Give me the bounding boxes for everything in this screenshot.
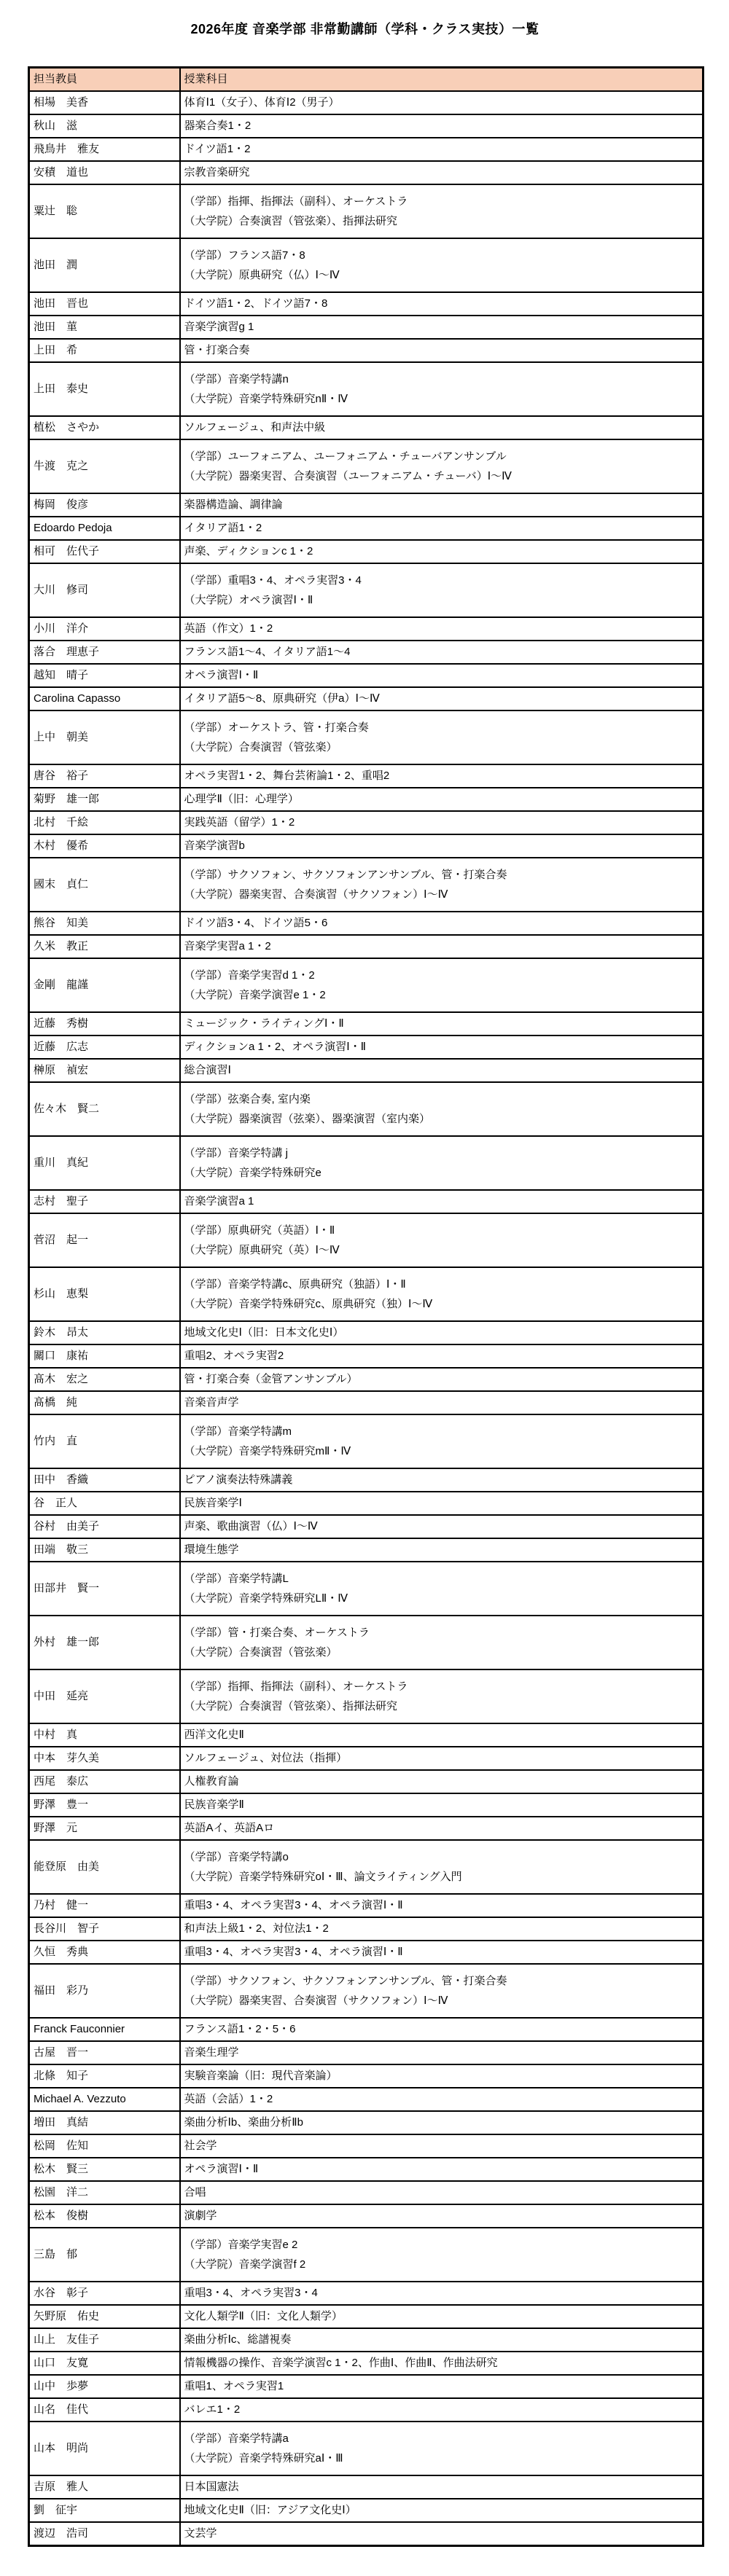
course-line: 心理学Ⅱ（旧：心理学） <box>184 790 699 809</box>
course-line: オペラ演習Ⅰ・Ⅱ <box>184 2160 699 2179</box>
course-line: 民族音楽学Ⅱ <box>184 1796 699 1814</box>
instructor-name-cell: 野澤 豊一 <box>29 1793 180 1817</box>
table-row: 谷村 由美子声楽、歌曲演習（仏）Ⅰ～Ⅳ <box>29 1515 703 1538</box>
instructor-name-cell: 田端 敬三 <box>29 1538 180 1562</box>
course-line: ドイツ語1・2、ドイツ語7・8 <box>184 294 699 313</box>
subjects-cell: 音楽音声学 <box>180 1391 703 1414</box>
header-subjects: 授業科目 <box>180 68 703 92</box>
header-instructor: 担当教員 <box>29 68 180 92</box>
subjects-cell: 音楽学演習a 1 <box>180 1190 703 1213</box>
course-line: （学部）サクソフォン、サクソフォンアンサンブル、管・打楽合奏 <box>184 1974 699 1989</box>
instructor-name-cell: 相場 美香 <box>29 91 180 114</box>
instructor-name-cell: 髙橋 純 <box>29 1391 180 1414</box>
table-row: 金剛 龍謹（学部）音楽学実習d 1・2（大学院）音楽学演習e 1・2 <box>29 958 703 1012</box>
subjects-cell: 管・打楽合奏（金管アンサンブル） <box>180 1368 703 1391</box>
subjects-cell: 文化人類学Ⅱ（旧：文化人類学） <box>180 2305 703 2328</box>
instructor-name-cell: Carolina Capasso <box>29 687 180 710</box>
instructor-name-cell: 志村 聖子 <box>29 1190 180 1213</box>
instructor-name-cell: 田部井 賢一 <box>29 1562 180 1616</box>
table-row: 中田 延亮（学部）指揮、指揮法（副科）、オーケストラ（大学院）合奏演習（管弦楽）… <box>29 1669 703 1723</box>
instructor-name-cell: 松岡 佐知 <box>29 2134 180 2158</box>
subjects-cell: フランス語1～4、イタリア語1～4 <box>180 641 703 664</box>
course-line: 音楽学演習a 1 <box>184 1192 699 1211</box>
course-line: （学部）ユーフォニアム、ユーフォニアム・チューバアンサンブル <box>184 450 699 464</box>
instructor-name-cell: 古屋 晋一 <box>29 2041 180 2064</box>
table-row: 田中 香織ピアノ演奏法特殊講義 <box>29 1468 703 1492</box>
faculty-table-body: 相場 美香体育Ⅰ1（女子）、体育Ⅰ2（男子）秋山 滋器楽合奏1・2飛鳥井 雅友ド… <box>29 91 703 2546</box>
instructor-name-cell: 小川 洋介 <box>29 617 180 641</box>
table-row: 能登原 由美（学部）音楽学特講o（大学院）音楽学特殊研究oⅠ・Ⅲ、論文ライティン… <box>29 1840 703 1894</box>
instructor-name-cell: 上中 朝美 <box>29 710 180 764</box>
course-line: 音楽学実習a 1・2 <box>184 937 699 956</box>
course-line: 楽曲分析Ⅰc、総譜視奏 <box>184 2330 699 2349</box>
course-line: （学部）管・打楽合奏、オーケストラ <box>184 1626 699 1640</box>
subjects-cell: バレエ1・2 <box>180 2398 703 2422</box>
table-row: 竹内 直（学部）音楽学特講m（大学院）音楽学特殊研究mⅡ・Ⅳ <box>29 1414 703 1468</box>
table-row: 久米 教正音楽学実習a 1・2 <box>29 935 703 958</box>
table-row: 越知 晴子オペラ演習Ⅰ・Ⅱ <box>29 664 703 687</box>
instructor-name-cell: 長谷川 智子 <box>29 1917 180 1941</box>
table-row: 秋山 滋器楽合奏1・2 <box>29 114 703 138</box>
subjects-cell: 和声法上級1・2、対位法1・2 <box>180 1917 703 1941</box>
subjects-cell: 重唱1、オペラ実習1 <box>180 2375 703 2398</box>
course-line: （学部）サクソフォン、サクソフォンアンサンブル、管・打楽合奏 <box>184 868 699 882</box>
table-row: 木村 優希音楽学演習b <box>29 834 703 858</box>
instructor-name-cell: Franck Fauconnier <box>29 2018 180 2041</box>
subjects-cell: 地域文化史Ⅱ（旧：アジア文化史Ⅰ） <box>180 2499 703 2522</box>
subjects-cell: （学部）音楽学特講 j（大学院）音楽学特殊研究e <box>180 1136 703 1190</box>
subjects-cell: （学部）オーケストラ、管・打楽合奏（大学院）合奏演習（管弦楽） <box>180 710 703 764</box>
course-line: （大学院）音楽学演習f 2 <box>184 2258 699 2272</box>
subjects-cell: 情報機器の操作、音楽学演習c 1・2、作曲Ⅰ、作曲Ⅱ、作曲法研究 <box>180 2352 703 2375</box>
instructor-name-cell: 秋山 滋 <box>29 114 180 138</box>
course-line: ドイツ語1・2 <box>184 140 699 159</box>
table-row: 池田 菫音楽学演習g 1 <box>29 316 703 339</box>
instructor-name-cell: 梅岡 俊彦 <box>29 493 180 517</box>
table-row: 國末 貞仁（学部）サクソフォン、サクソフォンアンサンブル、管・打楽合奏（大学院）… <box>29 858 703 912</box>
course-line: （大学院）音楽学演習e 1・2 <box>184 988 699 1003</box>
table-row: 西尾 泰広人権教育論 <box>29 1770 703 1793</box>
instructor-name-cell: 吉原 雅人 <box>29 2475 180 2499</box>
header-row: 担当教員 授業科目 <box>29 68 703 92</box>
subjects-cell: （学部）原典研究（英語）Ⅰ・Ⅱ（大学院）原典研究（英）Ⅰ～Ⅳ <box>180 1213 703 1267</box>
table-row: 増田 真結楽曲分析Ⅰb、楽曲分析Ⅱb <box>29 2111 703 2134</box>
instructor-name-cell: 髙木 宏之 <box>29 1368 180 1391</box>
course-line: 楽曲分析Ⅰb、楽曲分析Ⅱb <box>184 2113 699 2132</box>
instructor-name-cell: 池田 潤 <box>29 238 180 292</box>
subjects-cell: 楽曲分析Ⅰb、楽曲分析Ⅱb <box>180 2111 703 2134</box>
course-line: 人権教育論 <box>184 1772 699 1791</box>
subjects-cell: 英語Aイ、英語Aロ <box>180 1817 703 1840</box>
instructor-name-cell: 相可 佐代子 <box>29 540 180 563</box>
course-line: 重唱3・4、オペラ実習3・4、オペラ演習Ⅰ・Ⅱ <box>184 1943 699 1962</box>
table-row: 福田 彩乃（学部）サクソフォン、サクソフォンアンサンブル、管・打楽合奏（大学院）… <box>29 1964 703 2018</box>
instructor-name-cell: 熊谷 知美 <box>29 912 180 935</box>
table-row: 中村 真西洋文化史Ⅱ <box>29 1723 703 1747</box>
subjects-cell: 実践英語（留学）1・2 <box>180 811 703 834</box>
instructor-name-cell: 外村 雄一郎 <box>29 1616 180 1669</box>
course-line: 重唱1、オペラ実習1 <box>184 2377 699 2396</box>
course-line: 器楽合奏1・2 <box>184 117 699 136</box>
subjects-cell: 楽曲分析Ⅰc、総譜視奏 <box>180 2328 703 2352</box>
instructor-name-cell: 山上 友佳子 <box>29 2328 180 2352</box>
subjects-cell: 社会学 <box>180 2134 703 2158</box>
instructor-name-cell: Edoardo Pedoja <box>29 517 180 540</box>
instructor-name-cell: 北村 千絵 <box>29 811 180 834</box>
subjects-cell: 文芸学 <box>180 2522 703 2546</box>
course-line: 管・打楽合奏 <box>184 341 699 360</box>
course-line: フランス語1～4、イタリア語1～4 <box>184 643 699 662</box>
subjects-cell: ドイツ語3・4、ドイツ語5・6 <box>180 912 703 935</box>
course-line: 楽器構造論、調律論 <box>184 496 699 514</box>
instructor-name-cell: 菅沼 起一 <box>29 1213 180 1267</box>
course-line: （大学院）合奏演習（管弦楽） <box>184 1645 699 1660</box>
course-line: （学部）音楽学特講c、原典研究（独語）Ⅰ・Ⅱ <box>184 1277 699 1292</box>
subjects-cell: オペラ演習Ⅰ・Ⅱ <box>180 664 703 687</box>
table-row: 松本 俊樹演劇学 <box>29 2204 703 2228</box>
course-line: （大学院）合奏演習（管弦楽）、指揮法研究 <box>184 1699 699 1714</box>
table-row: 池田 晋也ドイツ語1・2、ドイツ語7・8 <box>29 292 703 316</box>
instructor-name-cell: 渡辺 浩司 <box>29 2522 180 2546</box>
course-line: 合唱 <box>184 2183 699 2202</box>
table-row: 乃村 健一重唱3・4、オペラ実習3・4、オペラ演習Ⅰ・Ⅱ <box>29 1894 703 1917</box>
instructor-name-cell: 中田 延亮 <box>29 1669 180 1723</box>
course-line: （学部）指揮、指揮法（副科）、オーケストラ <box>184 195 699 209</box>
course-line: 英語（会話）1・2 <box>184 2090 699 2109</box>
course-line: ディクションa 1・2、オペラ演習Ⅰ・Ⅱ <box>184 1038 699 1057</box>
course-line: オペラ実習1・2、舞台芸術論1・2、重唱2 <box>184 767 699 786</box>
course-line: （学部）原典研究（英語）Ⅰ・Ⅱ <box>184 1224 699 1238</box>
table-row: 野澤 元英語Aイ、英語Aロ <box>29 1817 703 1840</box>
course-line: （学部）音楽学特講n <box>184 372 699 387</box>
instructor-name-cell: 重川 真紀 <box>29 1136 180 1190</box>
table-row: 榊原 禎宏総合演習Ⅰ <box>29 1059 703 1082</box>
course-line: （学部）音楽学特講o <box>184 1850 699 1865</box>
subjects-cell: （学部）指揮、指揮法（副科）、オーケストラ（大学院）合奏演習（管弦楽）、指揮法研… <box>180 184 703 238</box>
subjects-cell: 民族音楽学Ⅰ <box>180 1492 703 1515</box>
subjects-cell: ミュージック・ライティングⅠ・Ⅱ <box>180 1012 703 1036</box>
table-row: 相可 佐代子声楽、ディクションc 1・2 <box>29 540 703 563</box>
table-row: 髙橋 純音楽音声学 <box>29 1391 703 1414</box>
instructor-name-cell: 鈴木 昂太 <box>29 1321 180 1344</box>
instructor-name-cell: 福田 彩乃 <box>29 1964 180 2018</box>
subjects-cell: 音楽学演習g 1 <box>180 316 703 339</box>
course-line: （大学院）合奏演習（管弦楽） <box>184 740 699 755</box>
subjects-cell: （学部）音楽学特講n（大学院）音楽学特殊研究nⅡ・Ⅳ <box>180 362 703 416</box>
instructor-name-cell: 池田 晋也 <box>29 292 180 316</box>
course-line: 声楽、歌曲演習（仏）Ⅰ～Ⅳ <box>184 1517 699 1536</box>
course-line: 音楽学演習g 1 <box>184 318 699 337</box>
table-row: 小川 洋介英語（作文）1・2 <box>29 617 703 641</box>
course-line: バレエ1・2 <box>184 2400 699 2419</box>
instructor-name-cell: 近藤 秀樹 <box>29 1012 180 1036</box>
course-line: （学部）弦楽合奏, 室内楽 <box>184 1092 699 1107</box>
table-row: 山口 友寛情報機器の操作、音楽学演習c 1・2、作曲Ⅰ、作曲Ⅱ、作曲法研究 <box>29 2352 703 2375</box>
subjects-cell: イタリア語1・2 <box>180 517 703 540</box>
course-line: オペラ演習Ⅰ・Ⅱ <box>184 666 699 685</box>
table-row: 山名 佳代バレエ1・2 <box>29 2398 703 2422</box>
instructor-name-cell: 落合 理恵子 <box>29 641 180 664</box>
instructor-name-cell: 野澤 元 <box>29 1817 180 1840</box>
table-row: 吉原 雅人日本国憲法 <box>29 2475 703 2499</box>
subjects-cell: 体育Ⅰ1（女子）、体育Ⅰ2（男子） <box>180 91 703 114</box>
table-row: 谷 正人民族音楽学Ⅰ <box>29 1492 703 1515</box>
table-row: 古屋 晋一音楽生理学 <box>29 2041 703 2064</box>
subjects-cell: （学部）重唱3・4、オペラ実習3・4（大学院）オペラ演習Ⅰ・Ⅱ <box>180 563 703 617</box>
instructor-name-cell: 能登原 由美 <box>29 1840 180 1894</box>
course-line: ソルフェージュ、和声法中級 <box>184 418 699 437</box>
instructor-name-cell: 山中 歩夢 <box>29 2375 180 2398</box>
course-line: 英語Aイ、英語Aロ <box>184 1819 699 1838</box>
table-row: 野澤 豊一民族音楽学Ⅱ <box>29 1793 703 1817</box>
course-line: （学部）音楽学特講m <box>184 1425 699 1439</box>
subjects-cell: 総合演習Ⅰ <box>180 1059 703 1082</box>
course-line: （大学院）音楽学特殊研究aⅠ・Ⅲ <box>184 2451 699 2466</box>
subjects-cell: 重唱3・4、オペラ実習3・4、オペラ演習Ⅰ・Ⅱ <box>180 1894 703 1917</box>
course-line: （学部）音楽学実習d 1・2 <box>184 968 699 983</box>
table-row: 久恒 秀典重唱3・4、オペラ実習3・4、オペラ演習Ⅰ・Ⅱ <box>29 1941 703 1964</box>
course-line: 重唱3・4、オペラ実習3・4、オペラ演習Ⅰ・Ⅱ <box>184 1896 699 1915</box>
instructor-name-cell: 菊野 雄一郎 <box>29 788 180 811</box>
subjects-cell: 器楽合奏1・2 <box>180 114 703 138</box>
subjects-cell: （学部）指揮、指揮法（副科）、オーケストラ（大学院）合奏演習（管弦楽）、指揮法研… <box>180 1669 703 1723</box>
course-line: （大学院）器楽実習、合奏演習（サクソフォン）Ⅰ～Ⅳ <box>184 1994 699 2008</box>
course-line: 地域文化史Ⅱ（旧：アジア文化史Ⅰ） <box>184 2501 699 2520</box>
table-row: 菅沼 起一（学部）原典研究（英語）Ⅰ・Ⅱ（大学院）原典研究（英）Ⅰ～Ⅳ <box>29 1213 703 1267</box>
table-row: 渡辺 浩司文芸学 <box>29 2522 703 2546</box>
table-row: 山中 歩夢重唱1、オペラ実習1 <box>29 2375 703 2398</box>
course-line: 管・打楽合奏（金管アンサンブル） <box>184 1370 699 1389</box>
table-row: 松園 洋二合唱 <box>29 2181 703 2204</box>
instructor-name-cell: 榊原 禎宏 <box>29 1059 180 1082</box>
subjects-cell: 心理学Ⅱ（旧：心理学） <box>180 788 703 811</box>
subjects-cell: 日本国憲法 <box>180 2475 703 2499</box>
subjects-cell: 音楽学演習b <box>180 834 703 858</box>
instructor-name-cell: 田中 香織 <box>29 1468 180 1492</box>
instructor-name-cell: 谷 正人 <box>29 1492 180 1515</box>
subjects-cell: 演劇学 <box>180 2204 703 2228</box>
course-line: 声楽、ディクションc 1・2 <box>184 542 699 561</box>
course-line: （学部）指揮、指揮法（副科）、オーケストラ <box>184 1680 699 1694</box>
subjects-cell: （学部）ユーフォニアム、ユーフォニアム・チューバアンサンブル（大学院）器楽実習、… <box>180 439 703 493</box>
course-line: （大学院）原典研究（英）Ⅰ～Ⅳ <box>184 1243 699 1258</box>
subjects-cell: 重唱3・4、オペラ実習3・4 <box>180 2282 703 2305</box>
course-line: （大学院）器楽実習、合奏演習（サクソフォン）Ⅰ～Ⅳ <box>184 888 699 902</box>
document-page: 2026年度 音楽学部 非常勤講師（学科・クラス実技）一覧 担当教員 授業科目 … <box>0 0 729 2547</box>
instructor-name-cell: 乃村 健一 <box>29 1894 180 1917</box>
table-row: 水谷 彰子重唱3・4、オペラ実習3・4 <box>29 2282 703 2305</box>
subjects-cell: ドイツ語1・2、ドイツ語7・8 <box>180 292 703 316</box>
course-line: 文芸学 <box>184 2524 699 2543</box>
table-row: 鈴木 昂太地域文化史Ⅰ（旧：日本文化史Ⅰ） <box>29 1321 703 1344</box>
instructor-name-cell: 上田 泰史 <box>29 362 180 416</box>
subjects-cell: イタリア語5～8、原典研究（伊a）Ⅰ～Ⅳ <box>180 687 703 710</box>
table-row: 上田 泰史（学部）音楽学特講n（大学院）音楽学特殊研究nⅡ・Ⅳ <box>29 362 703 416</box>
subjects-cell: 管・打楽合奏 <box>180 339 703 362</box>
table-row: Carolina Capassoイタリア語5～8、原典研究（伊a）Ⅰ～Ⅳ <box>29 687 703 710</box>
instructor-name-cell: 谷村 由美子 <box>29 1515 180 1538</box>
table-row: 山本 明尚（学部）音楽学特講a（大学院）音楽学特殊研究aⅠ・Ⅲ <box>29 2422 703 2475</box>
table-row: 近藤 秀樹ミュージック・ライティングⅠ・Ⅱ <box>29 1012 703 1036</box>
course-line: 音楽生理学 <box>184 2043 699 2062</box>
course-line: （大学院）音楽学特殊研究nⅡ・Ⅳ <box>184 392 699 407</box>
subjects-cell: オペラ実習1・2、舞台芸術論1・2、重唱2 <box>180 764 703 788</box>
course-line: （大学院）器楽実習、合奏演習（ユーフォニアム・チューバ）Ⅰ～Ⅳ <box>184 469 699 484</box>
instructor-name-cell: 佐々木 賢二 <box>29 1082 180 1136</box>
table-row: 菊野 雄一郎心理学Ⅱ（旧：心理学） <box>29 788 703 811</box>
instructor-name-cell: 松園 洋二 <box>29 2181 180 2204</box>
subjects-cell: ディクションa 1・2、オペラ演習Ⅰ・Ⅱ <box>180 1036 703 1059</box>
course-line: イタリア語5～8、原典研究（伊a）Ⅰ～Ⅳ <box>184 689 699 708</box>
instructor-name-cell: 木村 優希 <box>29 834 180 858</box>
course-line: 英語（作文）1・2 <box>184 619 699 638</box>
subjects-cell: 宗教音楽研究 <box>180 161 703 184</box>
table-row: 熊谷 知美ドイツ語3・4、ドイツ語5・6 <box>29 912 703 935</box>
table-row: 落合 理恵子フランス語1～4、イタリア語1～4 <box>29 641 703 664</box>
course-line: 音楽学演習b <box>184 837 699 856</box>
course-line: ソルフェージュ、対位法（指揮） <box>184 1749 699 1768</box>
course-line: （学部）音楽学特講L <box>184 1572 699 1586</box>
instructor-name-cell: 飛鳥井 雅友 <box>29 138 180 161</box>
course-line: （大学院）音楽学特殊研究mⅡ・Ⅳ <box>184 1444 699 1459</box>
instructor-name-cell: 劉 征宇 <box>29 2499 180 2522</box>
course-line: （学部）オーケストラ、管・打楽合奏 <box>184 721 699 735</box>
table-row: 植松 さやかソルフェージュ、和声法中級 <box>29 416 703 439</box>
table-row: 牛渡 克之（学部）ユーフォニアム、ユーフォニアム・チューバアンサンブル（大学院）… <box>29 439 703 493</box>
subjects-cell: オペラ演習Ⅰ・Ⅱ <box>180 2158 703 2181</box>
table-row: 上田 希管・打楽合奏 <box>29 339 703 362</box>
course-line: （大学院）器楽演習（弦楽）、器楽演習（室内楽） <box>184 1112 699 1127</box>
table-row: 北村 千絵実践英語（留学）1・2 <box>29 811 703 834</box>
table-row: 長谷川 智子和声法上級1・2、対位法1・2 <box>29 1917 703 1941</box>
subjects-cell: （学部）音楽学特講a（大学院）音楽学特殊研究aⅠ・Ⅲ <box>180 2422 703 2475</box>
table-row: 上中 朝美（学部）オーケストラ、管・打楽合奏（大学院）合奏演習（管弦楽） <box>29 710 703 764</box>
instructor-name-cell: 國末 貞仁 <box>29 858 180 912</box>
course-line: 宗教音楽研究 <box>184 163 699 182</box>
subjects-cell: （学部）管・打楽合奏、オーケストラ（大学院）合奏演習（管弦楽） <box>180 1616 703 1669</box>
instructor-name-cell: 牛渡 克之 <box>29 439 180 493</box>
instructor-name-cell: 杉山 恵梨 <box>29 1267 180 1321</box>
instructor-name-cell: 上田 希 <box>29 339 180 362</box>
course-line: 民族音楽学Ⅰ <box>184 1494 699 1513</box>
table-row: 外村 雄一郎（学部）管・打楽合奏、オーケストラ（大学院）合奏演習（管弦楽） <box>29 1616 703 1669</box>
table-row: 佐々木 賢二（学部）弦楽合奏, 室内楽（大学院）器楽演習（弦楽）、器楽演習（室内… <box>29 1082 703 1136</box>
table-row: 粟辻 聡（学部）指揮、指揮法（副科）、オーケストラ（大学院）合奏演習（管弦楽）、… <box>29 184 703 238</box>
subjects-cell: 声楽、ディクションc 1・2 <box>180 540 703 563</box>
course-line: （大学院）音楽学特殊研究LⅡ・Ⅳ <box>184 1592 699 1606</box>
subjects-cell: 合唱 <box>180 2181 703 2204</box>
instructor-name-cell: 近藤 広志 <box>29 1036 180 1059</box>
subjects-cell: （学部）サクソフォン、サクソフォンアンサンブル、管・打楽合奏（大学院）器楽実習、… <box>180 1964 703 2018</box>
course-line: 情報機器の操作、音楽学演習c 1・2、作曲Ⅰ、作曲Ⅱ、作曲法研究 <box>184 2354 699 2373</box>
subjects-cell: 人権教育論 <box>180 1770 703 1793</box>
table-row: 北條 知子実験音楽論（旧：現代音楽論） <box>29 2064 703 2088</box>
table-row: 飛鳥井 雅友ドイツ語1・2 <box>29 138 703 161</box>
course-line: 演劇学 <box>184 2207 699 2225</box>
table-row: 三島 郁（学部）音楽学実習e 2（大学院）音楽学演習f 2 <box>29 2228 703 2282</box>
course-line: 西洋文化史Ⅱ <box>184 1726 699 1745</box>
instructor-name-cell: 中村 真 <box>29 1723 180 1747</box>
instructor-name-cell: 粟辻 聡 <box>29 184 180 238</box>
subjects-cell: 西洋文化史Ⅱ <box>180 1723 703 1747</box>
instructor-name-cell: 西尾 泰広 <box>29 1770 180 1793</box>
instructor-name-cell: 北條 知子 <box>29 2064 180 2088</box>
course-line: ミュージック・ライティングⅠ・Ⅱ <box>184 1014 699 1033</box>
instructor-name-cell: 金剛 龍謹 <box>29 958 180 1012</box>
instructor-name-cell: 唐谷 裕子 <box>29 764 180 788</box>
subjects-cell: （学部）フランス語7・8（大学院）原典研究（仏）Ⅰ～Ⅳ <box>180 238 703 292</box>
course-line: （大学院）オペラ演習Ⅰ・Ⅱ <box>184 593 699 608</box>
table-row: 劉 征宇地域文化史Ⅱ（旧：アジア文化史Ⅰ） <box>29 2499 703 2522</box>
instructor-name-cell: 山本 明尚 <box>29 2422 180 2475</box>
subjects-cell: ソルフェージュ、対位法（指揮） <box>180 1747 703 1770</box>
course-line: 地域文化史Ⅰ（旧：日本文化史Ⅰ） <box>184 1323 699 1342</box>
table-row: 安積 道也宗教音楽研究 <box>29 161 703 184</box>
course-line: 環境生態学 <box>184 1540 699 1559</box>
table-row: 志村 聖子音楽学演習a 1 <box>29 1190 703 1213</box>
subjects-cell: 環境生態学 <box>180 1538 703 1562</box>
course-line: （大学院）音楽学特殊研究e <box>184 1166 699 1181</box>
course-line: 総合演習Ⅰ <box>184 1061 699 1080</box>
subjects-cell: ピアノ演奏法特殊講義 <box>180 1468 703 1492</box>
subjects-cell: （学部）音楽学実習e 2（大学院）音楽学演習f 2 <box>180 2228 703 2282</box>
course-line: ドイツ語3・4、ドイツ語5・6 <box>184 914 699 933</box>
table-row: 重川 真紀（学部）音楽学特講 j（大学院）音楽学特殊研究e <box>29 1136 703 1190</box>
subjects-cell: （学部）サクソフォン、サクソフォンアンサンブル、管・打楽合奏（大学院）器楽実習、… <box>180 858 703 912</box>
course-line: 文化人類学Ⅱ（旧：文化人類学） <box>184 2307 699 2326</box>
subjects-cell: 英語（会話）1・2 <box>180 2088 703 2111</box>
subjects-cell: 音楽生理学 <box>180 2041 703 2064</box>
table-row: 唐谷 裕子オペラ実習1・2、舞台芸術論1・2、重唱2 <box>29 764 703 788</box>
faculty-table: 担当教員 授業科目 相場 美香体育Ⅰ1（女子）、体育Ⅰ2（男子）秋山 滋器楽合奏… <box>28 66 704 2547</box>
course-line: （学部）重唱3・4、オペラ実習3・4 <box>184 573 699 588</box>
table-row: 松岡 佐知社会学 <box>29 2134 703 2158</box>
course-line: 重唱2、オペラ実習2 <box>184 1347 699 1366</box>
table-row: Michael A. Vezzuto英語（会話）1・2 <box>29 2088 703 2111</box>
subjects-cell: 重唱3・4、オペラ実習3・4、オペラ演習Ⅰ・Ⅱ <box>180 1941 703 1964</box>
table-row: Edoardo Pedojaイタリア語1・2 <box>29 517 703 540</box>
subjects-cell: 重唱2、オペラ実習2 <box>180 1344 703 1368</box>
instructor-name-cell: 越知 晴子 <box>29 664 180 687</box>
instructor-name-cell: 増田 真結 <box>29 2111 180 2134</box>
table-row: 池田 潤（学部）フランス語7・8（大学院）原典研究（仏）Ⅰ～Ⅳ <box>29 238 703 292</box>
course-line: （大学院）音楽学特殊研究oⅠ・Ⅲ、論文ライティング入門 <box>184 1870 699 1884</box>
instructor-name-cell: 松木 賢三 <box>29 2158 180 2181</box>
subjects-cell: 楽器構造論、調律論 <box>180 493 703 517</box>
course-line: （学部）フランス語7・8 <box>184 248 699 263</box>
instructor-name-cell: 松本 俊樹 <box>29 2204 180 2228</box>
subjects-cell: ソルフェージュ、和声法中級 <box>180 416 703 439</box>
instructor-name-cell: 大川 修司 <box>29 563 180 617</box>
course-line: ピアノ演奏法特殊講義 <box>184 1471 699 1489</box>
course-line: 日本国憲法 <box>184 2478 699 2497</box>
subjects-cell: 声楽、歌曲演習（仏）Ⅰ～Ⅳ <box>180 1515 703 1538</box>
course-line: （学部）音楽学特講 j <box>184 1146 699 1161</box>
subjects-cell: 地域文化史Ⅰ（旧：日本文化史Ⅰ） <box>180 1321 703 1344</box>
table-row: 近藤 広志ディクションa 1・2、オペラ演習Ⅰ・Ⅱ <box>29 1036 703 1059</box>
subjects-cell: （学部）音楽学特講m（大学院）音楽学特殊研究mⅡ・Ⅳ <box>180 1414 703 1468</box>
instructor-name-cell: 關口 康祐 <box>29 1344 180 1368</box>
course-line: （大学院）音楽学特殊研究c、原典研究（独）Ⅰ～Ⅳ <box>184 1297 699 1312</box>
course-line: 音楽音声学 <box>184 1393 699 1412</box>
subjects-cell: （学部）音楽学特講L（大学院）音楽学特殊研究LⅡ・Ⅳ <box>180 1562 703 1616</box>
table-row: 中本 芽久美ソルフェージュ、対位法（指揮） <box>29 1747 703 1770</box>
table-row: 矢野原 佑史文化人類学Ⅱ（旧：文化人類学） <box>29 2305 703 2328</box>
subjects-cell: 音楽学実習a 1・2 <box>180 935 703 958</box>
course-line: 実験音楽論（旧：現代音楽論） <box>184 2067 699 2086</box>
table-row: 松木 賢三オペラ演習Ⅰ・Ⅱ <box>29 2158 703 2181</box>
subjects-cell: （学部）音楽学特講c、原典研究（独語）Ⅰ・Ⅱ（大学院）音楽学特殊研究c、原典研究… <box>180 1267 703 1321</box>
